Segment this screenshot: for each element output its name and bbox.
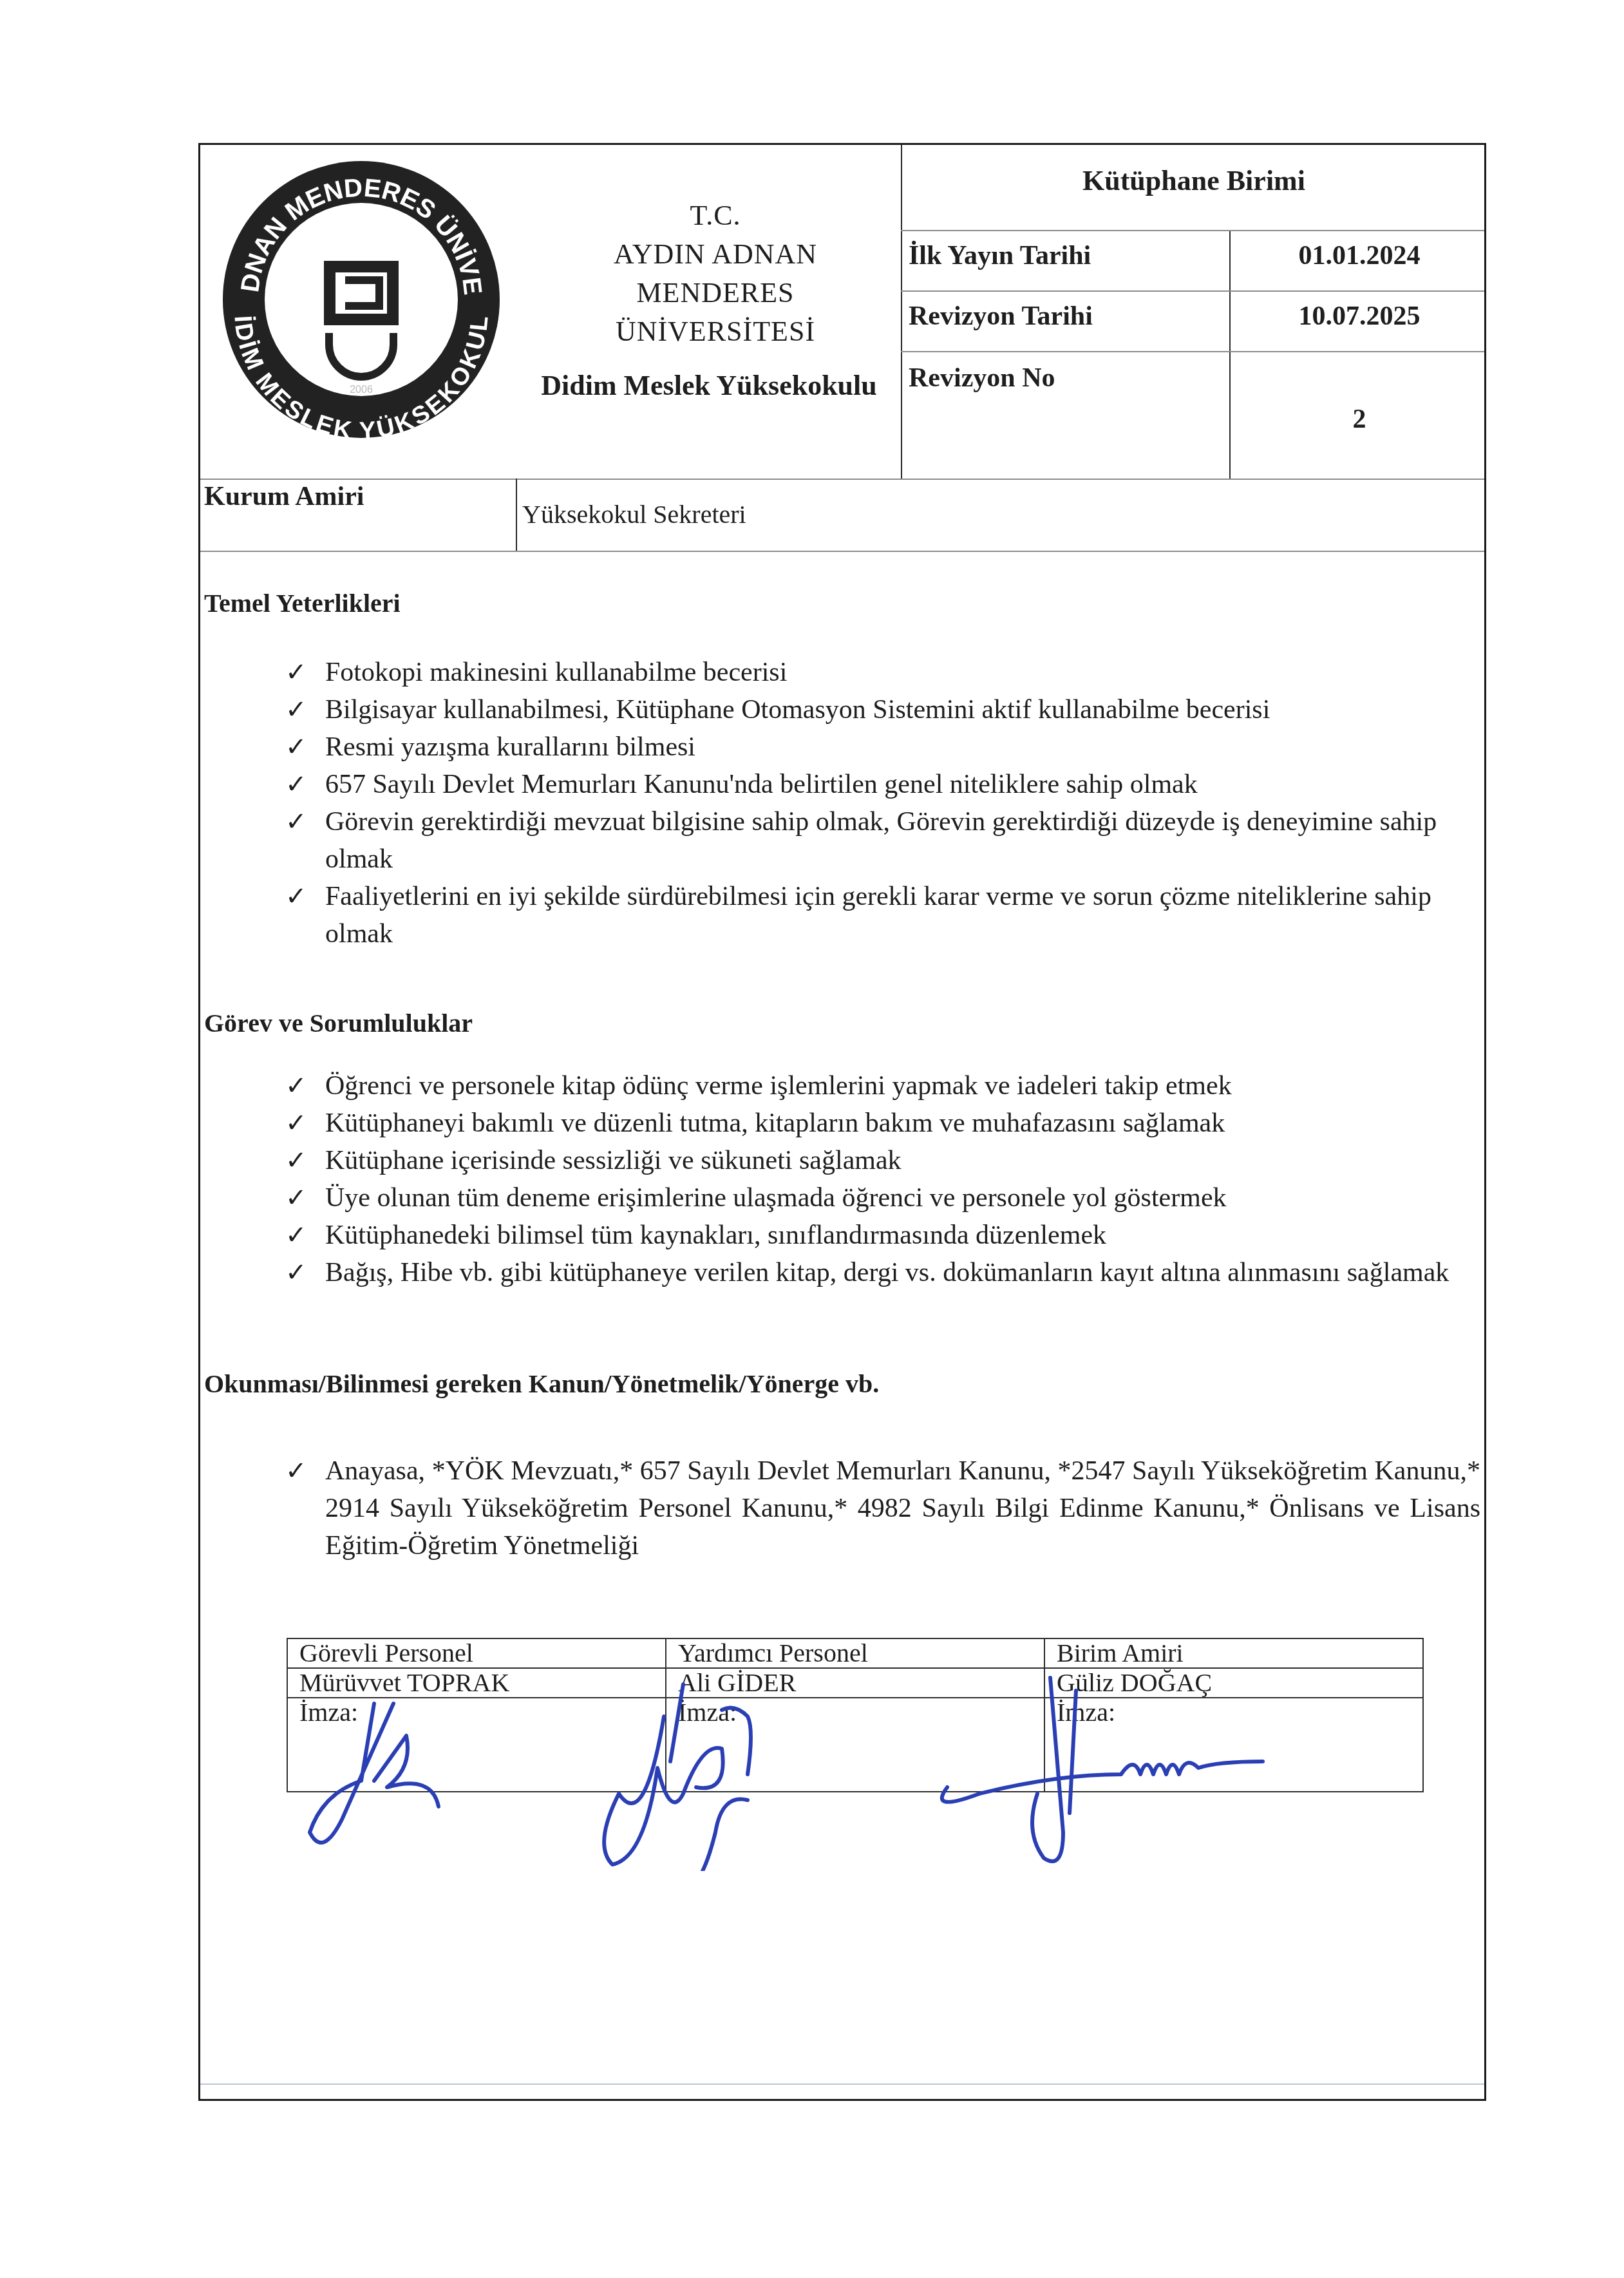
signature-table: Görevli Personel Yardımcı Personel Birim… — [287, 1638, 1424, 1792]
role-cell: Birim Amiri — [1044, 1638, 1423, 1668]
meta-value-revision-no: 2 — [1231, 404, 1488, 435]
institution-line: T.C. — [535, 196, 896, 235]
name-cell: Ali GİDER — [666, 1668, 1044, 1698]
svg-text:2006: 2006 — [350, 384, 373, 395]
meta-label-revision-no: Revizyon No — [909, 363, 1055, 394]
checkmark-icon: ✓ — [285, 1142, 307, 1179]
sign-cell: İmza: — [666, 1698, 1044, 1792]
checkmark-icon: ✓ — [285, 654, 307, 691]
checkmark-icon: ✓ — [285, 728, 307, 766]
institution-line: MENDERES — [535, 274, 896, 312]
list-item: ✓Anayasa, *YÖK Mevzuatı,* 657 Sayılı Dev… — [278, 1452, 1480, 1564]
checkmark-icon: ✓ — [285, 803, 307, 840]
document-frame: AYDIN ADNAN MENDERES ÜNİVERSİTESİ DİDİM … — [198, 143, 1486, 2101]
supervisor-value: Yüksekokul Sekreteri — [522, 499, 746, 529]
institution-line: ÜNİVERSİTESİ — [535, 312, 896, 351]
meta-value-revision-date: 10.07.2025 — [1231, 301, 1488, 332]
bottom-rule — [200, 2083, 1484, 2085]
list-item: ✓Kütüphane içerisinde sessizliği ve süku… — [278, 1142, 1480, 1179]
list-item: ✓Kütüphaneyi bakımlı ve düzenli tutma, k… — [278, 1105, 1480, 1142]
checkmark-icon: ✓ — [285, 691, 307, 728]
list-item: ✓Bağış, Hibe vb. gibi kütüphaneye verile… — [278, 1254, 1480, 1291]
checkmark-icon: ✓ — [285, 878, 307, 915]
list-item: ✓657 Sayılı Devlet Memurları Kanunu'nda … — [278, 766, 1480, 803]
signature-role-row: Görevli Personel Yardımcı Personel Birim… — [287, 1638, 1423, 1668]
duties-title: Görev ve Sorumluluklar — [204, 1008, 473, 1038]
list-item: ✓Fotokopi makinesini kullanabilme beceri… — [278, 654, 1480, 691]
list-item: ✓Kütüphanedeki bilimsel tüm kaynakları, … — [278, 1217, 1480, 1254]
regulations-title: Okunması/Bilinmesi gereken Kanun/Yönetme… — [204, 1369, 879, 1399]
meta-rule — [901, 230, 1484, 231]
signature-name-row: Mürüvvet TOPRAK Ali GİDER Güliz DOĞAÇ — [287, 1668, 1423, 1698]
institution-line: AYDIN ADNAN — [535, 235, 896, 274]
role-cell: Görevli Personel — [287, 1638, 666, 1668]
meta-rule — [901, 351, 1484, 352]
duties-list: ✓Öğrenci ve personele kitap ödünç verme … — [278, 1067, 1480, 1291]
name-cell: Güliz DOĞAÇ — [1044, 1668, 1423, 1698]
sign-cell: İmza: — [287, 1698, 666, 1792]
list-item: ✓Öğrenci ve personele kitap ödünç verme … — [278, 1067, 1480, 1105]
signature-sign-row: İmza: İmza: İmza: — [287, 1698, 1423, 1792]
school-name: Didim Meslek Yüksekokulu — [522, 369, 896, 402]
checkmark-icon: ✓ — [285, 766, 307, 803]
list-item: ✓Üye olunan tüm deneme erişimlerine ulaş… — [278, 1179, 1480, 1217]
list-item: ✓Görevin gerektirdiği mevzuat bilgisine … — [278, 803, 1480, 878]
competencies-list: ✓Fotokopi makinesini kullanabilme beceri… — [278, 654, 1480, 953]
meta-value-first-publish: 01.01.2024 — [1231, 240, 1488, 271]
checkmark-icon: ✓ — [285, 1217, 307, 1254]
list-item: ✓Resmi yazışma kurallarını bilmesi — [278, 728, 1480, 766]
checkmark-icon: ✓ — [285, 1067, 307, 1105]
checkmark-icon: ✓ — [285, 1105, 307, 1142]
unit-title: Kütüphane Birimi — [901, 164, 1487, 197]
meta-rule — [901, 290, 1484, 292]
checkmark-icon: ✓ — [285, 1179, 307, 1217]
name-cell: Mürüvvet TOPRAK — [287, 1668, 666, 1698]
checkmark-icon: ✓ — [285, 1452, 307, 1490]
list-item: ✓Faaliyetlerini en iyi şekilde sürdürebi… — [278, 878, 1480, 953]
meta-label-revision-date: Revizyon Tarihi — [909, 301, 1093, 332]
list-item: ✓Bilgisayar kullanabilmesi, Kütüphane Ot… — [278, 691, 1480, 728]
role-cell: Yardımcı Personel — [666, 1638, 1044, 1668]
supervisor-bottom-rule — [200, 551, 1484, 552]
university-logo: AYDIN ADNAN MENDERES ÜNİVERSİTESİ DİDİM … — [213, 151, 509, 448]
header-bottom-rule — [200, 479, 1484, 480]
checkmark-icon: ✓ — [285, 1254, 307, 1291]
supervisor-divider — [516, 479, 517, 551]
competencies-title: Temel Yeterlikleri — [204, 588, 401, 618]
meta-label-first-publish: İlk Yayın Tarihi — [909, 240, 1091, 271]
regulations-list: ✓Anayasa, *YÖK Mevzuatı,* 657 Sayılı Dev… — [278, 1452, 1480, 1564]
supervisor-label: Kurum Amiri — [204, 481, 364, 512]
sign-cell: İmza: — [1044, 1698, 1423, 1792]
